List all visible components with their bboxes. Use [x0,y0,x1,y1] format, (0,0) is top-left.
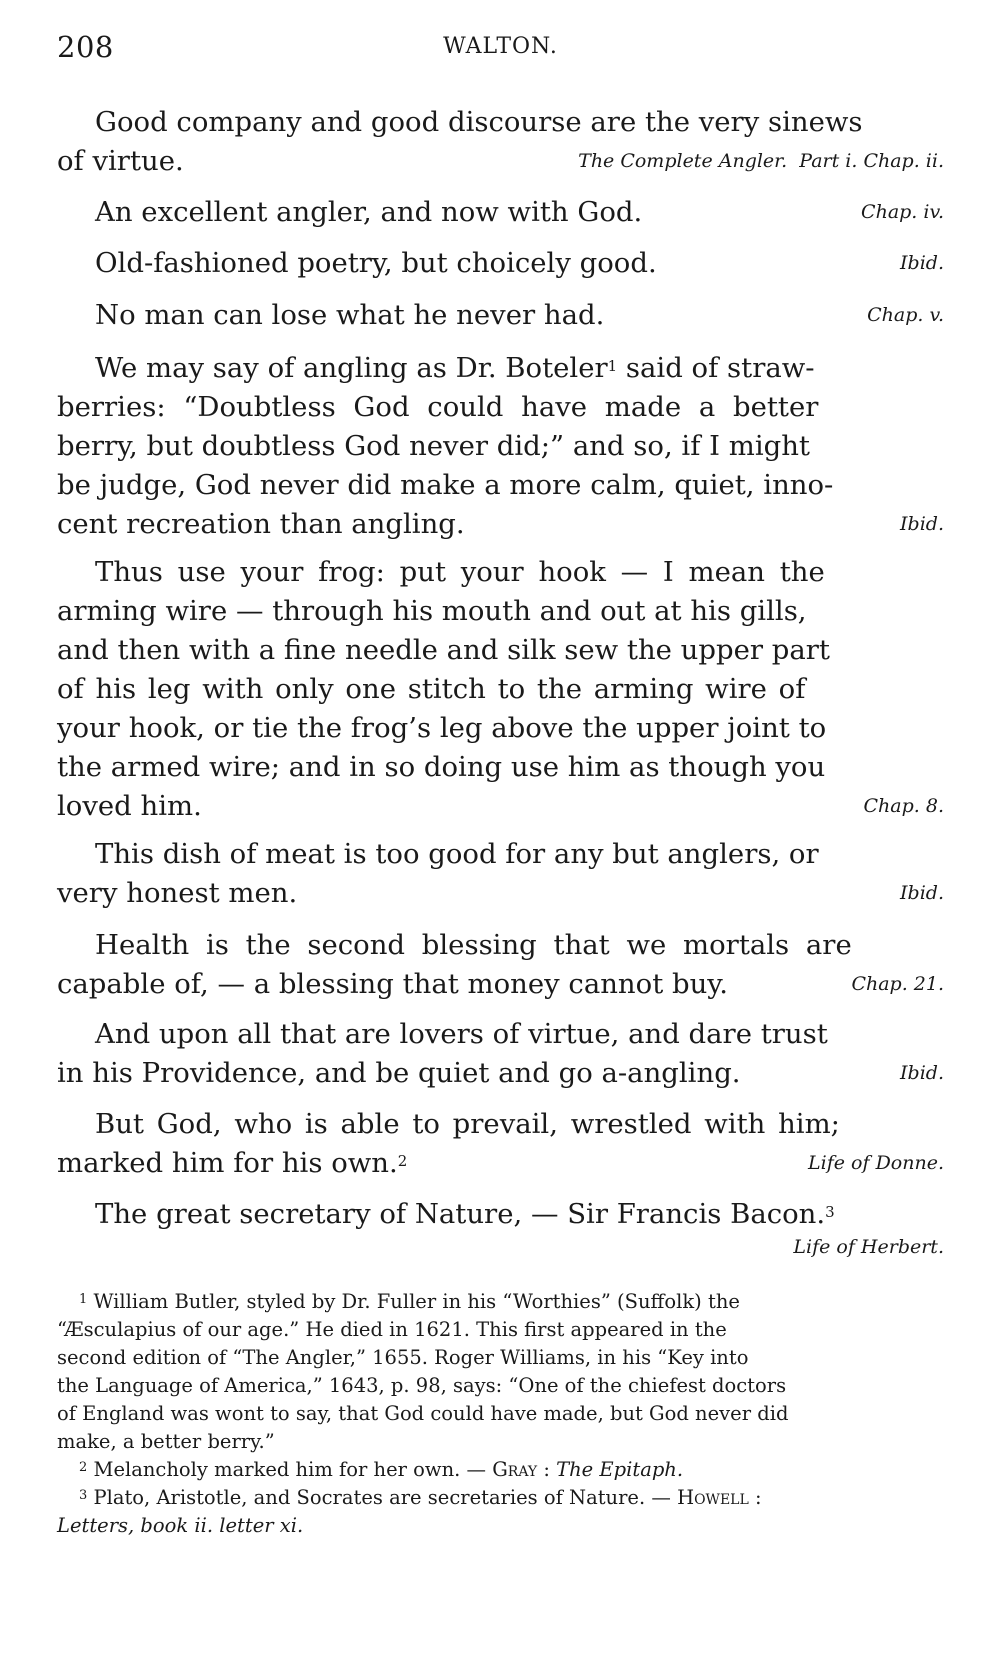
footnote-marker: 3 [79,1488,87,1503]
quote-entry: And upon all that are lovers of virtue, … [57,1015,944,1093]
footnote-work: The Epitaph. [556,1458,683,1481]
footnote-author: Gray [492,1458,537,1481]
quote-entry: But God, who is able to prevail, wrestle… [57,1105,944,1183]
footnote-line: 1 William Butler, styled by Dr. Fuller i… [57,1288,944,1316]
quote-line: berries: “Doubtless God could have made … [57,388,944,427]
quote-line: This dish of meat is too good for any bu… [57,835,944,874]
footnotes: 1 William Butler, styled by Dr. Fuller i… [57,1288,944,1540]
quote-source: Chap. iv. [861,193,944,232]
quote-line: And upon all that are lovers of virtue, … [57,1015,944,1054]
quote-source: Ibid. [900,1054,944,1093]
footnote-line: the Language of America,” 1643, p. 98, s… [57,1372,944,1400]
quote-source: Ibid. [900,874,944,913]
footnote-line: second edition of “The Angler,” 1655. Ro… [57,1344,944,1372]
footnote-line: of England was wont to say, that God cou… [57,1400,944,1428]
quote-line: capable of, — a blessing that money cann… [57,965,944,1004]
quote-line: marked him for his own.2 Life of Donne. [57,1144,944,1183]
quote-source: Life of Donne. [808,1144,944,1183]
quote-source: Life of Herbert. [57,1234,944,1260]
footnote-ref[interactable]: 3 [825,1203,835,1221]
quote-line: cent recreation than angling. Ibid. [57,505,944,544]
quote-line: We may say of angling as Dr. Boteler1 sa… [57,349,944,388]
quote-line: of virtue. The Complete Angler. Part i. … [57,142,944,181]
footnote-ref[interactable]: 1 [608,357,618,375]
footnote-3: 3 Plato, Aristotle, and Socrates are sec… [57,1484,944,1540]
quote-line: No man can lose what he never had. Chap.… [57,296,944,335]
footnote-marker: 2 [79,1460,87,1475]
quote-line: Thus use your frog: put your hook — I me… [57,553,944,592]
quote-line: An excellent angler, and now with God. C… [57,193,944,232]
quote-line: the armed wire; and in so doing use him … [57,748,944,787]
quote-line: be judge, God never did make a more calm… [57,466,944,505]
quote-source: Chap. 21. [851,965,944,1004]
quote-entry: Good company and good discourse are the … [57,103,944,181]
quote-line: of his leg with only one stitch to the a… [57,670,944,709]
quote-line: Good company and good discourse are the … [57,103,944,142]
footnote-1: 1 William Butler, styled by Dr. Fuller i… [57,1288,944,1456]
quote-line: arming wire — through his mouth and out … [57,592,944,631]
quote-source: The Complete Angler. Part i. Chap. ii. [578,142,944,181]
quote-entry: No man can lose what he never had. Chap.… [57,296,944,335]
quote-entry: The great secretary of Nature, — Sir Fra… [57,1195,944,1260]
quote-entry: Health is the second blessing that we mo… [57,926,944,1004]
book-page: 208 WALTON. Good company and good discou… [0,0,1000,1677]
quote-source: Ibid. [900,505,944,544]
quote-line: your hook, or tie the frog’s leg above t… [57,709,944,748]
quote-line: in his Providence, and be quiet and go a… [57,1054,944,1093]
footnote-line: 3 Plato, Aristotle, and Socrates are sec… [57,1484,944,1512]
quote-entry: Old-fashioned poetry, but choicely good.… [57,244,944,283]
quote-line: berry, but doubtless God never did;” and… [57,427,944,466]
page-header: 208 WALTON. [57,30,944,70]
footnote-work: Letters, book ii. letter xi. [57,1512,944,1540]
quote-line: loved him. Chap. 8. [57,787,944,826]
quote-line: and then with a fine needle and silk sew… [57,631,944,670]
quote-line: Health is the second blessing that we mo… [57,926,944,965]
footnote-author: Howell [677,1486,749,1509]
quote-entry: Thus use your frog: put your hook — I me… [57,553,944,826]
running-head: WALTON. [57,34,944,59]
footnote-ref[interactable]: 2 [398,1152,408,1170]
quote-line: Old-fashioned poetry, but choicely good.… [57,244,944,283]
quote-entry: This dish of meat is too good for any bu… [57,835,944,913]
quote-line: very honest men. Ibid. [57,874,944,913]
quote-source: Chap. v. [867,296,944,335]
footnote-line: 2 Melancholy marked him for her own. — G… [57,1456,944,1484]
quote-entry: We may say of angling as Dr. Boteler1 sa… [57,349,944,544]
footnote-2: 2 Melancholy marked him for her own. — G… [57,1456,944,1484]
quote-line: The great secretary of Nature, — Sir Fra… [57,1195,944,1234]
quote-entry: An excellent angler, and now with God. C… [57,193,944,232]
quote-source: Chap. 8. [864,787,944,826]
footnote-line: “Æsculapius of our age.” He died in 1621… [57,1316,944,1344]
quote-line: But God, who is able to prevail, wrestle… [57,1105,944,1144]
quote-source: Ibid. [900,244,944,283]
footnote-marker: 1 [79,1292,87,1307]
footnote-line: make, a better berry.” [57,1428,944,1456]
